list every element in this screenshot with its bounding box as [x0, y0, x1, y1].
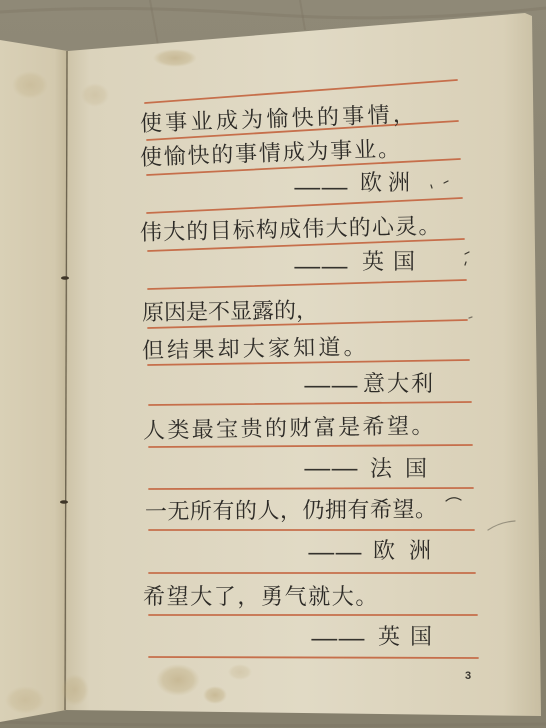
quote-line: 但结果却大家知道。 — [142, 336, 369, 364]
stitch-mark — [61, 276, 69, 280]
notebook-photo: 使事业成为愉快的事情， 使愉快的事情成为事业。 —— 欧洲 伟大的目标构成伟大的… — [0, 0, 546, 728]
attribution-source: 法国 — [370, 458, 440, 482]
attribution-source: 英国 — [378, 626, 442, 650]
attribution-dash: —— — [293, 256, 348, 280]
left-page — [0, 40, 68, 722]
quote-line: 希望大了，勇气就大。 — [143, 586, 379, 610]
quote-line: 一无所有的人，仍拥有希望。 — [145, 498, 438, 525]
attribution-source: 意大利 — [363, 373, 435, 397]
stitch-mark — [60, 500, 68, 504]
attribution-source: 英国 — [362, 251, 424, 275]
quote-line: 人类最宝贵的财富是希望。 — [143, 415, 436, 444]
attribution-dash: —— — [303, 458, 358, 482]
attribution-dash: —— — [307, 542, 362, 566]
attribution-source: 欧洲 — [360, 172, 416, 196]
attribution-dash: —— — [303, 375, 358, 399]
rule-line — [149, 488, 473, 489]
attribution-dash: —— — [293, 177, 348, 201]
attribution-dash: —— — [310, 628, 365, 652]
attribution-source: 欧洲 — [373, 540, 445, 564]
rule-line — [149, 657, 478, 658]
page-number: 3 — [465, 670, 471, 682]
quote-line: 原因是不显露的， — [142, 300, 318, 326]
